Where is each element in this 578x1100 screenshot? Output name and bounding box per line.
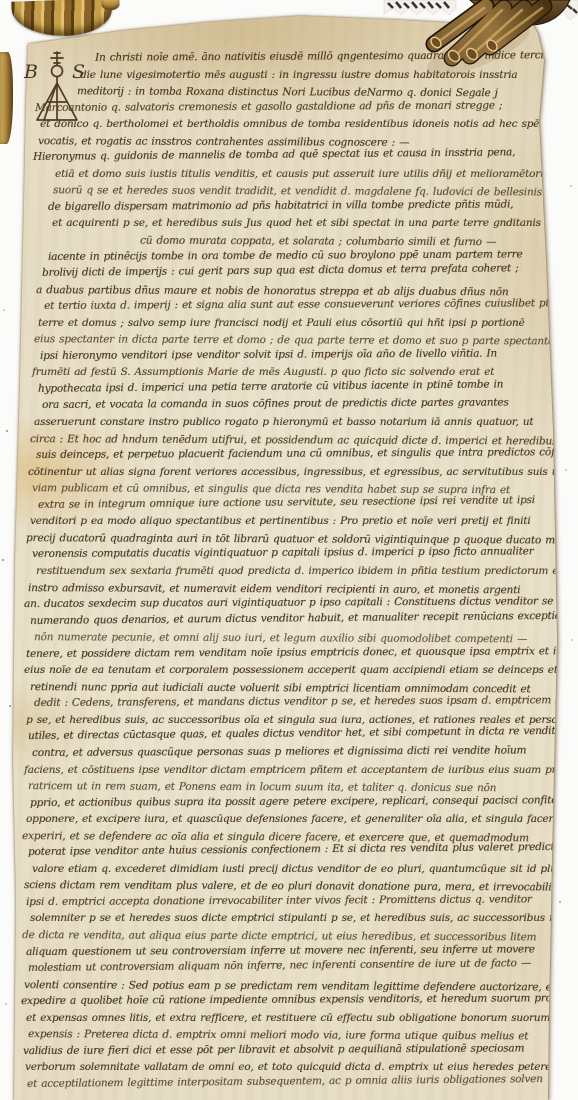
cross-icon (51, 52, 63, 65)
manuscript-line: opponere, et excipere iura, et quascūque… (16, 811, 576, 828)
manuscript-line: expedire a quolibet hoīe cū ratione impe… (16, 990, 576, 1009)
gilt-edge-fragment-icon (0, 52, 13, 144)
manuscript-line: etiā et domo suis iustis titulis venditi… (16, 166, 576, 183)
manuscript-line: venditori p ea modo aliquo spectantibus … (16, 513, 576, 530)
notary-letter-right: S (72, 61, 85, 83)
manuscript-line: validius de iure fieri dici et esse pōt … (16, 1040, 576, 1059)
manuscript-line: de bigarello dispersam matrimonio ad pñs… (16, 196, 576, 215)
notary-signum: B S (24, 50, 90, 130)
manuscript-line: pprio, et actionibus quibus supra ita po… (16, 792, 576, 811)
manuscript-line: contra, et adversus quascūque personas s… (16, 742, 576, 761)
manuscript-line: suis deinceps, et perpetuo placuerit fac… (16, 444, 576, 463)
manuscript-line: dedit : Cedens, transferens, et mandans … (16, 692, 576, 711)
manuscript-line: tenere, et possidere dictam rem venditam… (16, 643, 576, 662)
manuscript-line: Hieronymus q. guidonis de mannelis de to… (16, 144, 576, 166)
manuscript-line: Marcoantonio q. salvatoris cremonesis et… (16, 97, 576, 116)
manuscript-line: faciens, et cōstituens ipse venditor dic… (16, 762, 576, 779)
manuscript-line: veronensis computatis ducatis vigintiqua… (16, 543, 576, 562)
notary-letter-left: B (24, 61, 38, 83)
manuscript-line: restituendum sex sextaria frumēti quod p… (16, 563, 576, 580)
manuscript-line: et acquirenti p se, et heredibus suis Ju… (16, 215, 576, 232)
manuscript-line: valore etiam q. excederet dimidiam iusti… (16, 861, 576, 878)
manuscript-line: ipsi d. emptrici accepta donatione irrev… (16, 891, 576, 910)
parchment-sheet: In christi noīe amē. āno nativitis eiusd… (0, 0, 578, 1100)
manuscript-line: solemniter p se et heredes suos dicte em… (16, 910, 576, 927)
signum-triangle (37, 77, 77, 120)
manuscript-line: ora sacri, et vocata la comanda in suos … (16, 395, 576, 414)
manuscript-line: cōtinentur ut alias signa forent veriore… (16, 464, 576, 481)
manuscript-line: et donico q. bertholomei et bertholdis o… (16, 116, 576, 133)
scanned-manuscript-photo: In christi noīe amē. āno nativitis eiusd… (0, 0, 578, 1100)
parchment-surface: In christi noīe amē. āno nativitis eiusd… (0, 0, 578, 1100)
signum-knot (52, 66, 63, 77)
manuscript-line: ipsi hieronymo venditori ipse venditor s… (16, 345, 576, 364)
manuscript-line: terre et domus ; salvo semp iure francis… (16, 315, 576, 332)
lace-trim-band-icon (384, 0, 456, 15)
manuscript-line: eius noīe de ea tenutam et corporalem po… (16, 662, 576, 679)
manuscript-text: In christi noīe amē. āno nativitis eiusd… (16, 50, 576, 1092)
manuscript-line: asseruerunt constare instro publico roga… (16, 414, 576, 431)
manuscript-line: et tertio iuxta d. imperij : et signa al… (16, 295, 576, 314)
bronze-hand-icon (378, 0, 578, 82)
manuscript-line: et expensas omnes litis, et extra reffic… (16, 1010, 576, 1027)
